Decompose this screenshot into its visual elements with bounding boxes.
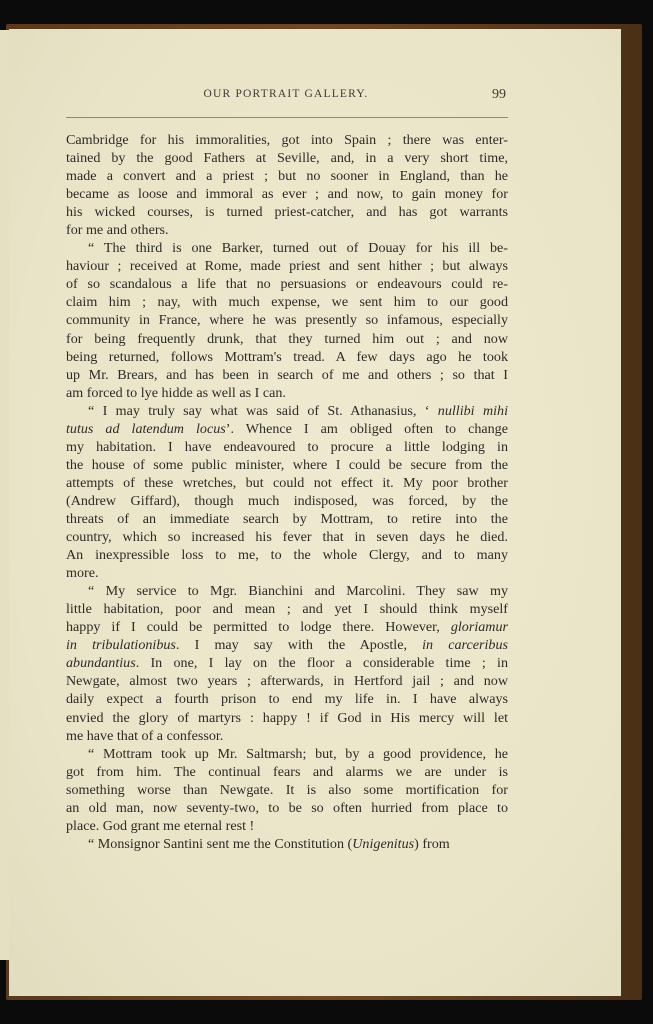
- text-line: me have that of a confessor.: [66, 727, 508, 745]
- text-line: little habitation, poor and mean ; and y…: [66, 600, 508, 618]
- text-line: an old man, now seventy-two, to be so of…: [66, 799, 508, 817]
- text-line: something worse than Newgate. It is also…: [66, 781, 508, 799]
- paragraph: “ My service to Mgr. Bianchini and Marco…: [66, 582, 508, 744]
- text-line: made a convert and a priest ; but no soo…: [66, 167, 508, 185]
- text-line: “ The third is one Barker, turned out of…: [66, 239, 508, 257]
- text-line: (Andrew Giffard), though much indisposed…: [66, 492, 508, 510]
- running-head: OUR PORTRAIT GALLERY. 99: [66, 88, 506, 108]
- text-line: claim him ; nay, with much expense, we s…: [66, 293, 508, 311]
- text-line: got from him. The continual fears and al…: [66, 763, 508, 781]
- text-line: in tribulationibus. I may say with the A…: [66, 636, 508, 654]
- text-line: place. God grant me eternal rest !: [66, 817, 508, 835]
- text-line: country, which so increased his fever th…: [66, 528, 508, 546]
- text-line: daily expect a fourth prison to end my l…: [66, 690, 508, 708]
- text-line: my habitation. I have endeavoured to pro…: [66, 438, 508, 456]
- text-line: more.: [66, 564, 508, 582]
- text-line: abundantius. In one, I lay on the floor …: [66, 654, 508, 672]
- text-line: envied the glory of martyrs : happy ! if…: [66, 709, 508, 727]
- text-line: being returned, follows Mottram's tread.…: [66, 348, 508, 366]
- text-line: community in France, where he was presen…: [66, 311, 508, 329]
- text-line: threats of an immediate search by Mottra…: [66, 510, 508, 528]
- text-line: happy if I could be permitted to lodge t…: [66, 618, 508, 636]
- body-text: Cambridge for his immoralities, got into…: [66, 131, 508, 853]
- text-line: Cambridge for his immoralities, got into…: [66, 131, 508, 149]
- text-line: “ My service to Mgr. Bianchini and Marco…: [66, 582, 508, 600]
- header-rule: [66, 117, 508, 118]
- paragraph: “ Mottram took up Mr. Saltmarsh; but, by…: [66, 745, 508, 835]
- text-line: “ I may truly say what was said of St. A…: [66, 402, 508, 420]
- text-line: became as loose and immoral as ever ; an…: [66, 185, 508, 203]
- text-line: “ Monsignor Santini sent me the Constitu…: [66, 835, 508, 853]
- text-line: haviour ; received at Rome, made priest …: [66, 257, 508, 275]
- text-line: tutus ad latendum locus’. Whence I am ob…: [66, 420, 508, 438]
- text-line: tained by the good Fathers at Seville, a…: [66, 149, 508, 167]
- paragraph: Cambridge for his immoralities, got into…: [66, 131, 508, 239]
- text-line: up Mr. Brears, and has been in search of…: [66, 366, 508, 384]
- text-line: for being frequently drunk, that they tu…: [66, 330, 508, 348]
- text-line: “ Mottram took up Mr. Saltmarsh; but, by…: [66, 745, 508, 763]
- text-line: for me and others.: [66, 221, 508, 239]
- text-line: of so scandalous a life that no persuasi…: [66, 275, 508, 293]
- paragraph: “ I may truly say what was said of St. A…: [66, 402, 508, 582]
- text-line: his wicked courses, is turned priest-cat…: [66, 203, 508, 221]
- running-title: OUR PORTRAIT GALLERY.: [66, 88, 506, 100]
- text-line: An inexpressible loss to me, to the whol…: [66, 546, 508, 564]
- text-line: attempts of these wretches, but could no…: [66, 474, 508, 492]
- paragraph: “ The third is one Barker, turned out of…: [66, 239, 508, 401]
- paragraph: “ Monsignor Santini sent me the Constitu…: [66, 835, 508, 853]
- page-number: 99: [492, 87, 506, 103]
- text-line: Newgate, almost two years ; afterwards, …: [66, 672, 508, 690]
- text-line: the house of some public minister, where…: [66, 456, 508, 474]
- text-line: am forced to lye hidde as well as I can.: [66, 384, 508, 402]
